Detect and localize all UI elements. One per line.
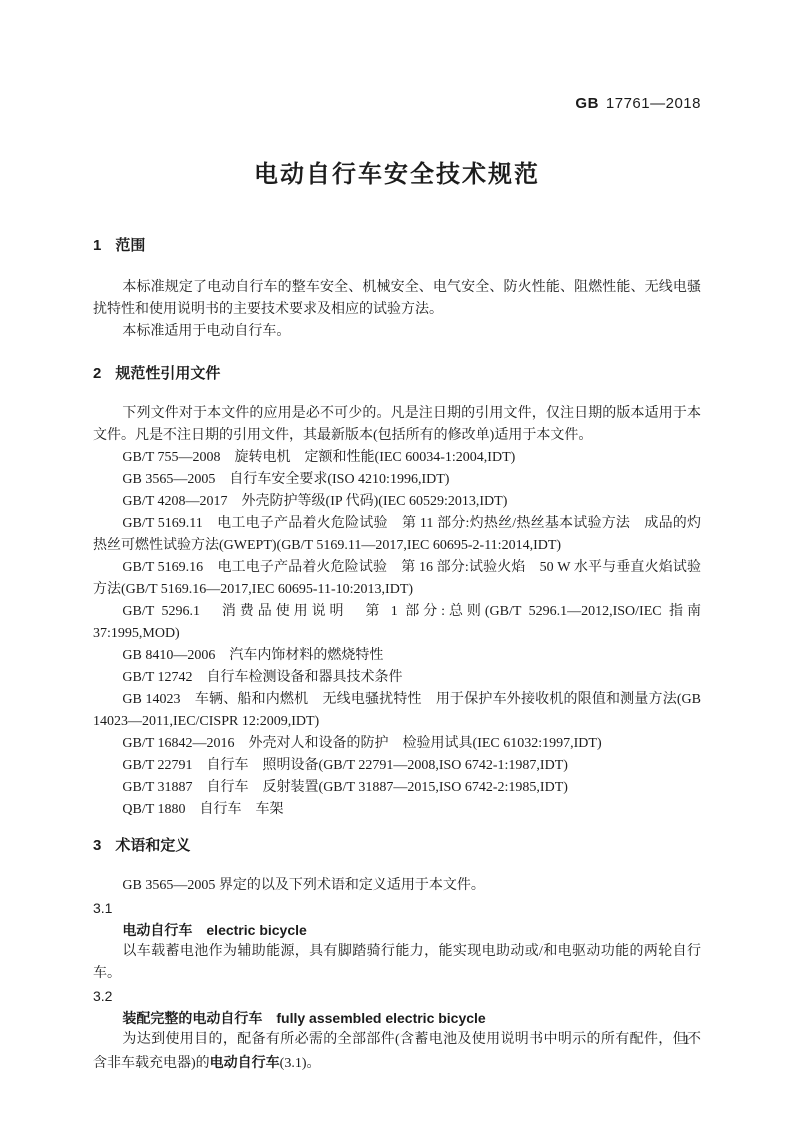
section2-title: 规范性引用文件 [115, 365, 220, 382]
term-definition-3-2-bold: 电动自行车 [210, 1054, 280, 1070]
reference-item: GB/T 5169.11 电工电子产品着火危险试验 第 11 部分:灼热丝/热丝… [93, 513, 701, 557]
term-definition-3-2-prefix: 为达到使用目的，配备有所必需的全部部件(含蓄电池及使用说明书中明示的所有配件，但… [93, 1032, 701, 1071]
standard-code: GB17761—2018 [93, 0, 701, 114]
term-definition-3-2: 为达到使用目的，配备有所必需的全部部件(含蓄电池及使用说明书中明示的所有配件，但… [93, 1029, 701, 1075]
term-number-3-1: 3.1 [93, 897, 701, 919]
scope-paragraph-1: 本标准规定了电动自行车的整车安全、机械安全、电气安全、防火性能、阻燃性能、无线电… [93, 277, 701, 321]
reference-item: GB/T 4208—2017 外壳防护等级(IP 代码)(IEC 60529:2… [93, 491, 701, 513]
section3-heading: 3术语和定义 [93, 835, 701, 857]
term-name-3-1: 电动自行车 electric bicycle [93, 919, 701, 941]
section1-number: 1 [93, 237, 101, 254]
term-name-3-2: 装配完整的电动自行车 fully assembled electric bicy… [93, 1007, 701, 1029]
reference-item: GB/T 12742 自行车检测设备和器具技术条件 [93, 667, 701, 689]
page-number: 1 [683, 1031, 690, 1051]
section1-title: 范围 [115, 237, 145, 254]
reference-item: GB/T 5169.16 电工电子产品着火危险试验 第 16 部分:试验火焰 5… [93, 557, 701, 601]
reference-item: GB/T 755—2008 旋转电机 定额和性能(IEC 60034-1:200… [93, 447, 701, 469]
reference-item: GB/T 31887 自行车 反射装置(GB/T 31887—2015,ISO … [93, 777, 701, 799]
section2-heading: 2规范性引用文件 [93, 363, 701, 385]
section3-number: 3 [93, 837, 101, 854]
terms-intro: GB 3565—2005 界定的以及下列术语和定义适用于本文件。 [93, 875, 701, 897]
reference-item: GB 3565—2005 自行车安全要求(ISO 4210:1996,IDT) [93, 469, 701, 491]
references-intro: 下列文件对于本文件的应用是必不可少的。凡是注日期的引用文件，仅注日期的版本适用于… [93, 403, 701, 447]
section2-number: 2 [93, 365, 101, 382]
reference-item: QB/T 1880 自行车 车架 [93, 799, 701, 821]
standard-code-org: GB [575, 95, 599, 112]
term-definition-3-2-suffix: (3.1)。 [280, 1056, 321, 1071]
reference-item: GB/T 16842—2016 外壳对人和设备的防护 检验用试具(IEC 610… [93, 733, 701, 755]
standard-code-number: 17761—2018 [606, 95, 701, 112]
section3-title: 术语和定义 [115, 837, 190, 854]
term-definition-3-1: 以车载蓄电池作为辅助能源，具有脚踏骑行能力，能实现电助动或/和电驱动功能的两轮自… [93, 941, 701, 985]
section1-heading: 1范围 [93, 235, 701, 257]
scope-paragraph-2: 本标准适用于电动自行车。 [93, 321, 701, 343]
document-title: 电动自行车安全技术规范 [93, 159, 701, 191]
document-page: GB17761—2018 电动自行车安全技术规范 1范围 本标准规定了电动自行车… [0, 0, 793, 1122]
reference-item: GB 8410—2006 汽车内饰材料的燃烧特性 [93, 645, 701, 667]
reference-item: GB/T 5296.1 消费品使用说明 第 1 部分:总则(GB/T 5296.… [93, 601, 701, 645]
reference-item: GB 14023 车辆、船和内燃机 无线电骚扰特性 用于保护车外接收机的限值和测… [93, 689, 701, 733]
reference-item: GB/T 22791 自行车 照明设备(GB/T 22791—2008,ISO … [93, 755, 701, 777]
term-number-3-2: 3.2 [93, 985, 701, 1007]
page-content: GB17761—2018 电动自行车安全技术规范 1范围 本标准规定了电动自行车… [93, 0, 701, 1075]
